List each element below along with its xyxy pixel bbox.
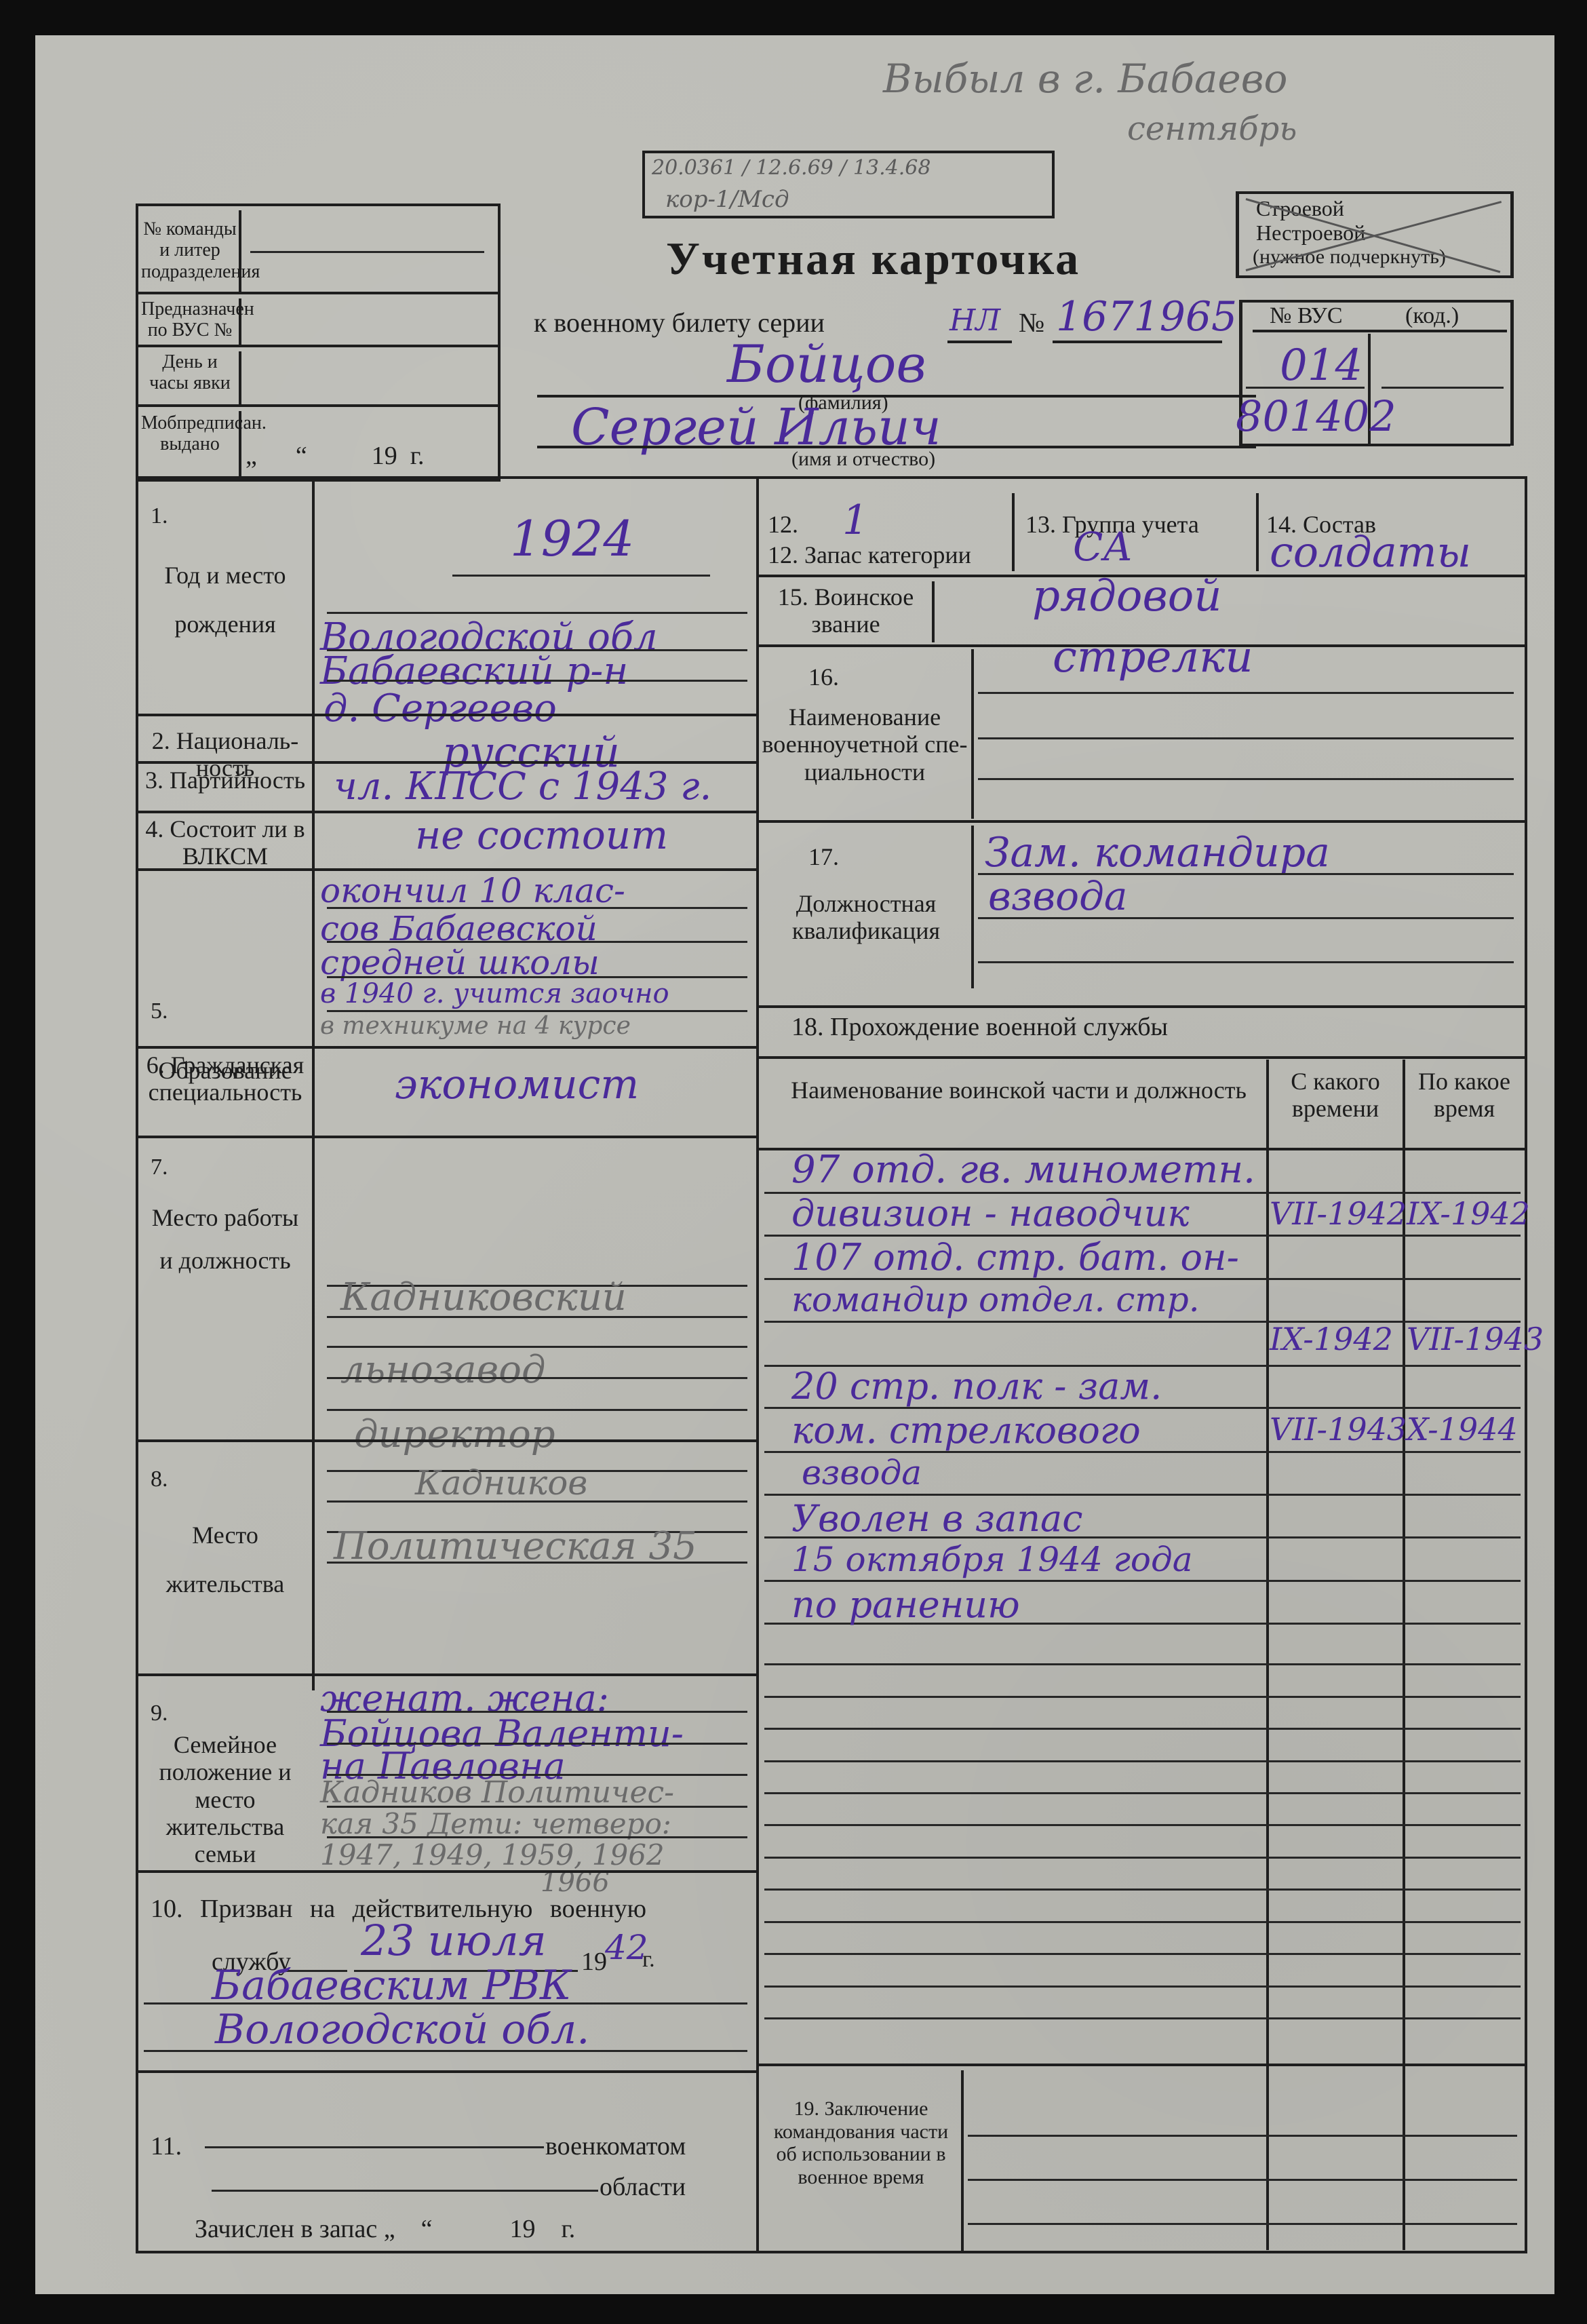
job-qualification-line1: Зам. командира bbox=[985, 829, 1330, 876]
mob-order-date: „ “ 19 г. bbox=[246, 441, 425, 471]
field7-label: Место работы и должность bbox=[144, 1197, 307, 1282]
stamp-line2: кор-1/Мсд bbox=[665, 186, 789, 213]
work-place-line2: льнозавод bbox=[340, 1348, 545, 1392]
stamp-box: 20.0361 / 12.6.69 / 13.4.68 кор-1/Мсд bbox=[642, 151, 1055, 218]
left-header-box: № команды и литер подразделения Предназн… bbox=[136, 204, 501, 482]
ticket-number: 1671965 bbox=[1056, 293, 1237, 341]
military-specialty: стрелки bbox=[1053, 632, 1253, 682]
birth-year: 1924 bbox=[510, 510, 634, 567]
number-sign: № bbox=[1019, 307, 1044, 338]
field15-label: 15. Воинское звание bbox=[761, 583, 930, 638]
vus-box: № ВУС (код.) 014 801402 bbox=[1239, 300, 1514, 446]
history-unit-row11: по ранению bbox=[791, 1583, 1020, 1626]
field17-num: 17. bbox=[808, 843, 839, 871]
reserve-enrolled: Зачислен в запас „ “ 19 г. bbox=[195, 2214, 575, 2244]
accounting-group: СА bbox=[1073, 524, 1133, 570]
conscription-by-line2: Вологодской обл. bbox=[215, 2006, 589, 2053]
residence-line1: Кадников bbox=[415, 1463, 587, 1503]
stamp-line1: 20.0361 / 12.6.69 / 13.4.68 bbox=[652, 156, 930, 180]
history-to-row2: IX-1942 bbox=[1407, 1195, 1530, 1232]
surname: Бойцов bbox=[727, 334, 926, 394]
history-col-from: С какого времени bbox=[1271, 1068, 1400, 1123]
history-from-row2: VII-1942 bbox=[1270, 1195, 1407, 1232]
label-command-no: № команды и литер подразделения bbox=[141, 218, 239, 282]
voenkomat-label: военкоматом bbox=[545, 2131, 686, 2161]
field8-num: 8. bbox=[151, 1467, 168, 1492]
field4-label: 4. Состоит ли в ВЛКСМ bbox=[144, 815, 307, 870]
history-unit-row8: взвода bbox=[802, 1453, 922, 1492]
registration-card: Выбыл в г. Бабаево сентябрь 20.0361 / 12… bbox=[35, 35, 1554, 2294]
reserve-category: 1 bbox=[842, 497, 868, 544]
history-unit-row4: командир отдел. стр. bbox=[791, 1280, 1200, 1319]
history-unit-row6: 20 стр. полк - зам. bbox=[791, 1365, 1162, 1408]
field1-label: Год и место рождения bbox=[144, 551, 307, 648]
party-membership: чл. КПСС с 1943 г. bbox=[334, 764, 711, 809]
field9-label: Семейное положение и место жительства се… bbox=[144, 1731, 307, 1868]
history-to-row7: X-1944 bbox=[1407, 1411, 1518, 1448]
birth-place-line3: д. Сергеево bbox=[324, 686, 557, 731]
history-unit-row9: Уволен в запас bbox=[791, 1497, 1083, 1540]
field9-num: 9. bbox=[151, 1701, 168, 1726]
vus-value: 014 bbox=[1280, 341, 1363, 391]
service-history-title: 18. Прохождение военной службы bbox=[791, 1012, 1168, 1042]
field17-label: Должност­ная квали­фикация bbox=[768, 890, 964, 945]
conscription-year-prefix: 19 bbox=[581, 1947, 607, 1977]
field8-label: Место жительства bbox=[144, 1511, 307, 1608]
pencil-note-line1: Выбыл в г. Бабаево bbox=[883, 56, 1287, 102]
military-rank: рядовой bbox=[1032, 571, 1221, 621]
history-unit-row1: 97 отд. гв. минометн. bbox=[791, 1148, 1255, 1192]
field12-num: 12. bbox=[768, 510, 798, 539]
pencil-note-line2: сентябрь bbox=[1127, 110, 1297, 148]
work-position: директор bbox=[354, 1412, 555, 1456]
code-header: (код.) bbox=[1405, 303, 1459, 329]
label-mob-order: Мобпредписан. выдано bbox=[141, 412, 239, 455]
name-caption: (имя и отчество) bbox=[791, 448, 935, 471]
field16-label: Наименова­ние военно­учетной спе­циально… bbox=[760, 703, 970, 786]
komsomol-status: не состоит bbox=[415, 812, 668, 858]
history-from-row7: VII-1943 bbox=[1270, 1411, 1407, 1448]
ticket-series: НЛ bbox=[949, 303, 1000, 338]
job-qualification-line2: взвода bbox=[988, 873, 1127, 919]
field3-label: 3. Партий­ность bbox=[144, 767, 307, 794]
card-title: Учетная карточка bbox=[666, 232, 1080, 286]
history-unit-row2: дивизион - наводчик bbox=[791, 1192, 1190, 1235]
field5-num: 5. bbox=[151, 999, 168, 1024]
field6-label: 6. Граждан­ская спе­циальность bbox=[140, 1051, 310, 1106]
family-line4: Кадников Политичес- bbox=[320, 1775, 674, 1810]
field12-label: 12. Запас категории bbox=[768, 541, 971, 569]
field11-num: 11. bbox=[151, 2131, 182, 2161]
history-from-row5: IX-1942 bbox=[1270, 1321, 1393, 1357]
vus-code-value: 801402 bbox=[1236, 391, 1396, 441]
conscription-year-suffix: г. bbox=[642, 1947, 655, 1973]
history-unit-row3: 107 отд. стр. бат. он- bbox=[791, 1236, 1239, 1279]
education-line1: окончил 10 клас- bbox=[320, 871, 625, 910]
family-line6: 1947, 1949, 1959, 1962 bbox=[320, 1838, 665, 1872]
field16-num: 16. bbox=[808, 663, 839, 691]
education-line4: в 1940 г. учится заочно bbox=[320, 978, 669, 1009]
oblast-label: области bbox=[600, 2172, 686, 2202]
education-line5: в техникуме на 4 курсе bbox=[320, 1012, 631, 1040]
label-day-hours: День и часы явки bbox=[141, 351, 239, 394]
service-type-line1: Строевой bbox=[1256, 197, 1344, 220]
civil-specialty: экономист bbox=[395, 1061, 639, 1108]
work-place-line1: Кадниковский bbox=[340, 1275, 627, 1319]
history-to-row5: VII-1943 bbox=[1407, 1321, 1544, 1357]
field1-num: 1. bbox=[151, 503, 168, 529]
field7-num: 7. bbox=[151, 1155, 168, 1180]
family-line5: кая 35 Дети: четверо: bbox=[320, 1807, 671, 1840]
service-type-box: Строевой Нестроевой (нужное подчеркнуть) bbox=[1236, 191, 1514, 278]
history-unit-row7: ком. стрелкового bbox=[791, 1409, 1141, 1452]
vus-header: № ВУС bbox=[1270, 303, 1343, 329]
field19-label: 19. Заключение командования части об исп… bbox=[761, 2097, 961, 2188]
personnel-composition: солдаты bbox=[1270, 527, 1471, 577]
history-unit-row10: 15 октября 1944 года bbox=[791, 1540, 1193, 1579]
conscription-date: 23 июля bbox=[361, 1916, 547, 1965]
history-col-to: По какое время bbox=[1407, 1068, 1522, 1123]
label-vus-assigned: Предназначен по ВУС № bbox=[141, 298, 239, 341]
history-col-unit: Наименование воинской части и должность bbox=[775, 1077, 1263, 1104]
